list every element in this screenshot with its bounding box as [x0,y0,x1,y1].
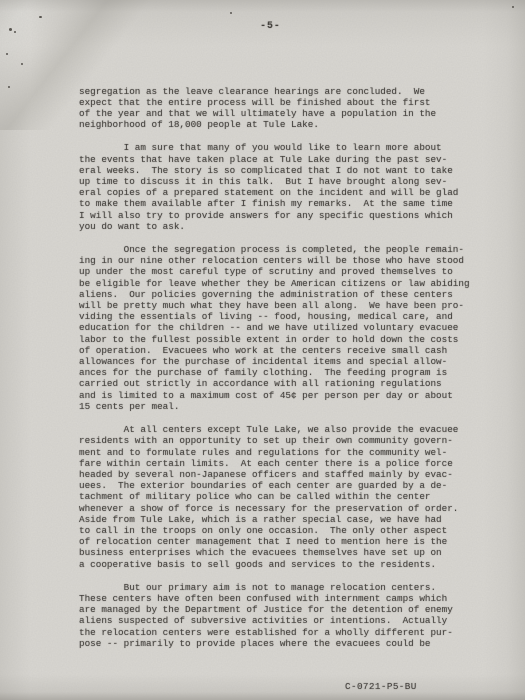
paragraph: At all centers except Tule Lake, we also… [79,424,479,570]
footer-reference-code: C-0721-P5-BU [345,681,417,692]
page-number: -5- [0,20,525,31]
paragraph: But our primary aim is not to manage rel… [79,582,479,649]
paragraph: segregation as the leave clearance heari… [79,86,479,131]
ink-speck [512,6,514,8]
ink-speck [14,31,16,33]
ink-speck [6,53,8,55]
document-body: segregation as the leave clearance heari… [79,52,479,661]
scan-shadow-right [483,0,525,700]
paragraph: I am sure that many of you would like to… [79,142,479,232]
ink-speck [230,12,232,14]
paragraph: Once the segregation process is complete… [79,244,479,412]
scan-shadow-left [0,0,30,700]
scan-shadow-bottom [0,674,525,700]
ink-speck [39,16,42,18]
ink-speck [8,86,10,88]
ink-speck [21,63,23,65]
scanned-document-page: -5- segregation as the leave clearance h… [0,0,525,700]
